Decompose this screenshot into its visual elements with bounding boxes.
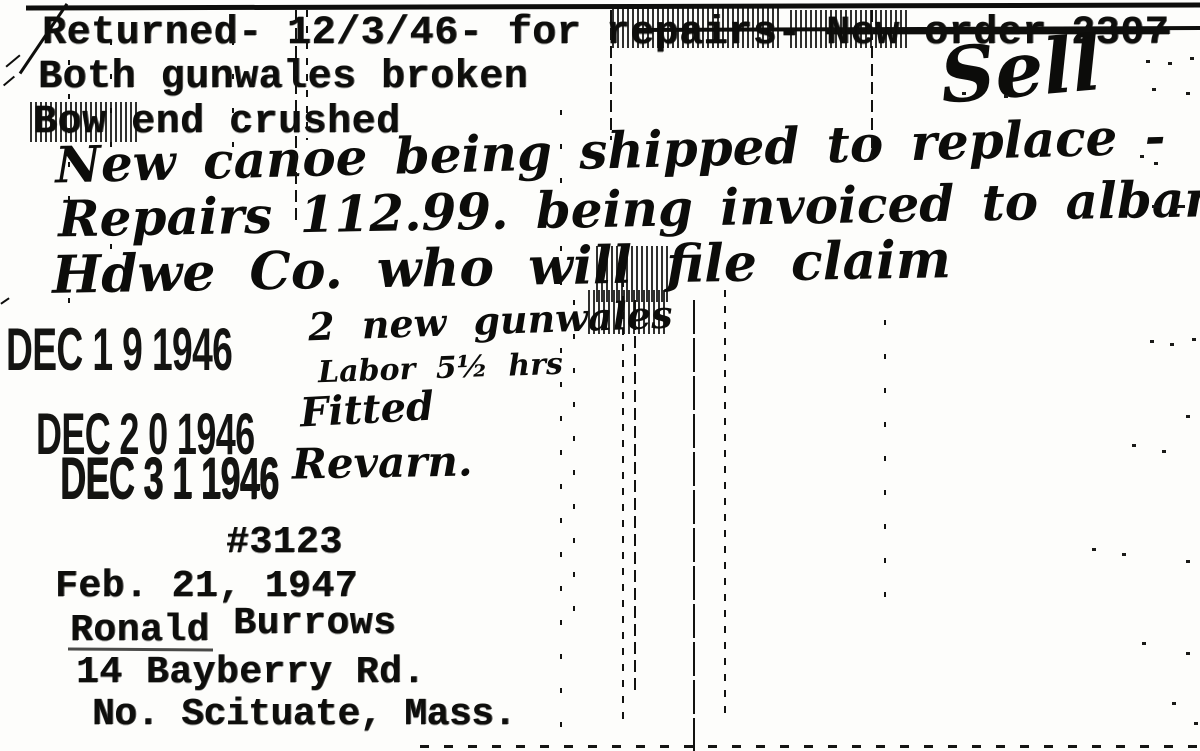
scan-speck	[1186, 415, 1190, 418]
vertical-streak	[724, 290, 726, 720]
order-number: #3123	[226, 524, 343, 562]
stamp-annotation-revarnish: Revarn.	[292, 440, 473, 485]
scan-speck	[1122, 553, 1126, 556]
left-edge-tick	[5, 54, 20, 67]
scan-speck	[1186, 92, 1190, 95]
stamp-annotation-fitted: Fitted	[299, 387, 435, 434]
ink-smudge	[612, 8, 780, 48]
scan-speck	[1172, 702, 1176, 705]
order-date: Feb. 21, 1947	[55, 568, 358, 606]
customer-name: Ronald Burrows	[70, 612, 396, 650]
address-city: No. Scituate, Mass.	[92, 696, 516, 734]
scan-speck	[1194, 722, 1198, 725]
vertical-streak	[634, 300, 636, 690]
scan-speck	[1140, 155, 1144, 158]
left-edge-tick	[0, 297, 9, 304]
scan-dash	[1152, 205, 1198, 208]
scan-speck	[962, 92, 966, 95]
scan-speck	[1190, 57, 1194, 60]
vertical-streak	[560, 110, 562, 740]
customer-first-name: Ronald	[70, 609, 210, 652]
ink-smudge	[588, 290, 668, 334]
vertical-streak	[884, 320, 886, 620]
scan-speck	[1092, 548, 1096, 551]
scan-speck	[1142, 642, 1146, 645]
vertical-streak	[306, 10, 308, 140]
scan-speck	[1150, 340, 1154, 343]
scan-speck	[1132, 444, 1136, 447]
vertical-streak	[693, 300, 695, 751]
date-stamp-dec-31: DEC 3 1 1946	[60, 450, 278, 508]
ink-smudge	[30, 102, 138, 142]
date-stamp-dec-19: DEC 1 9 1946	[6, 320, 232, 380]
scan-speck	[1004, 95, 1008, 98]
scan-speck	[1192, 338, 1196, 341]
vertical-streak	[110, 40, 112, 250]
vertical-streak	[68, 60, 70, 320]
vertical-streak	[295, 10, 297, 220]
replacement-note-3: Hdwe Co. who will file claim	[52, 234, 952, 302]
scan-speck	[1186, 652, 1190, 655]
scan-speck	[1168, 62, 1172, 65]
scanned-record-card: Returned- 12/3/46- for repairs- New orde…	[0, 0, 1200, 751]
stamp-annotation-labor: Labor 5½ hrs	[318, 350, 564, 389]
bottom-dashed-line	[420, 745, 1200, 748]
vertical-streak	[573, 300, 575, 620]
address-street: 14 Bayberry Rd.	[76, 654, 426, 692]
scan-speck	[1146, 60, 1150, 63]
ink-smudge	[790, 10, 908, 48]
sell-annotation: Sell	[937, 25, 1104, 115]
name-space	[210, 609, 233, 652]
customer-last-name: Burrows	[233, 602, 396, 645]
vertical-streak	[622, 280, 624, 720]
vertical-streak	[232, 40, 234, 160]
scan-speck	[1162, 450, 1166, 453]
scan-speck	[1186, 560, 1190, 563]
left-edge-tick	[3, 76, 15, 87]
scan-speck	[1170, 343, 1174, 346]
scan-speck	[1154, 162, 1158, 165]
scan-speck	[1152, 88, 1156, 91]
